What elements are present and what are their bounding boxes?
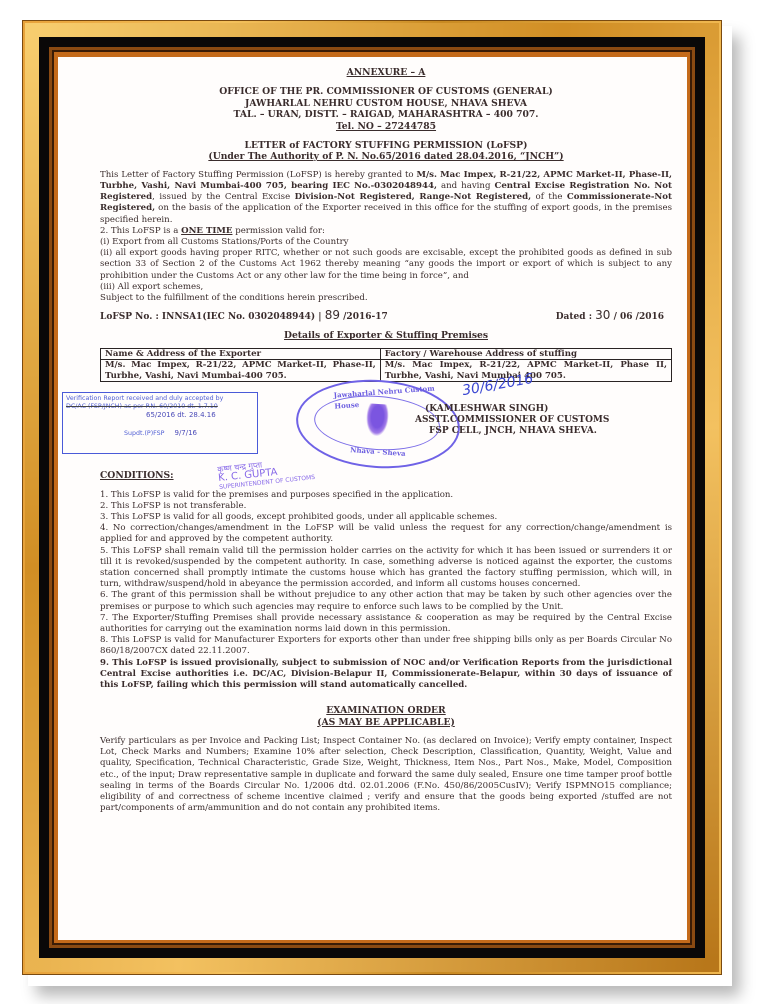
dated-label: Dated : [556,312,595,322]
letter-subtitle: (Under The Authority of P. N. No.65/2016… [100,151,672,162]
exporter-address: M/s. Mac Impex, R-21/22, APMC Market-II,… [101,360,381,382]
condition-9: 9. This LoFSP is issued provisionally, s… [100,658,672,692]
office-line-2: JAWHARLAL NEHRU CUSTOM HOUSE, NHAVA SHEV… [100,98,672,109]
verification-stamp: Verification Report received and duly ac… [62,392,258,454]
signatory-office: FSP CELL, JNCH, NHAVA SHEVA. [429,426,609,437]
national-emblem-icon [365,404,389,437]
stamps-and-signature: Verification Report received and duly ac… [100,382,672,470]
telephone-number: Tel. NO – 27244785 [100,121,672,132]
one-time-label: ONE TIME [181,226,232,236]
condition-1: 1. This LoFSP is valid for the premises … [100,490,672,501]
condition-3: 3. This LoFSP is valid for all goods, ex… [100,512,672,523]
condition-4: 4. No correction/changes/amendment in th… [100,523,672,545]
header-exporter: Name & Address of the Exporter [101,348,381,360]
validity-item-2: (ii) all export goods having proper RITC… [100,248,672,282]
condition-2: 2. This LoFSP is not transferable. [100,501,672,512]
intro-paragraph: This Letter of Factory Stuffing Permissi… [100,170,672,226]
office-line-3: TAL. – URAN, DISTT. – RAIGAD, MAHARASHTR… [100,109,672,120]
intro-text-4: of the [531,192,567,202]
dated-handwritten-day: 30 [595,308,610,322]
signatory-name: (KAMLESHWAR SINGH) [425,404,609,415]
exam-heading: EXAMINATION ORDER [100,705,672,716]
lofsp-number: LoFSP No. : INNSA1(IEC No. 0302048944) |… [100,310,388,323]
lofsp-suffix: /2016-17 [343,312,388,322]
validity-subject: Subject to the fulfillment of the condit… [100,293,672,304]
verification-handwritten: 65/2016 dt. 28.4.16 [146,411,254,419]
verification-line-1: Verification Report received and duly ac… [66,395,254,403]
dated-rest: / 06 /2016 [614,312,664,322]
reference-line: LoFSP No. : INNSA1(IEC No. 0302048944) |… [100,310,672,323]
dated: Dated : 30 / 06 /2016 [556,310,664,323]
table-header-row: Name & Address of the Exporter Factory /… [101,348,672,360]
header-factory: Factory / Warehouse Address of stuffing [380,348,671,360]
lofsp-handwritten-number: 89 [325,308,340,322]
verification-sign-date: 9/7/16 [174,429,197,437]
conditions-heading: CONDITIONS: [100,470,672,481]
document-body: ANNEXURE – A OFFICE OF THE PR. COMMISSIO… [100,65,672,814]
para-2-pre: 2. This LoFSP is a [100,226,181,236]
para-2-post: permission valid for: [232,226,324,236]
lofsp-label: LoFSP No. : INNSA1(IEC No. 0302048944) | [100,312,322,322]
verification-sign-label: Supdt.(P)FSP [124,430,164,437]
intro-text-3: , issued by the Central Excise [152,192,294,202]
conditions-list: 1. This LoFSP is valid for the premises … [100,490,672,692]
intro-text-2: and having [437,181,495,191]
exam-subheading: (AS MAY BE APPLICABLE) [100,717,672,728]
annexure-heading: ANNEXURE – A [100,67,672,78]
office-line-1: OFFICE OF THE PR. COMMISSIONER OF CUSTOM… [100,86,672,97]
signatory-title: ASSTT.COMMISSIONER OF CUSTOMS [415,415,609,426]
validity-item-1: (i) Export from all Customs Stations/Por… [100,237,672,248]
premises-table: Name & Address of the Exporter Factory /… [100,348,672,383]
seal-bottom-text: Nhava - Sheva [350,445,406,460]
validity-item-3: (iii) All export schemes, [100,282,672,293]
letter-title: LETTER of FACTORY STUFFING PERMISSION (L… [100,140,672,151]
condition-8: 8. This LoFSP is valid for Manufacturer … [100,635,672,657]
condition-6: 6. The grant of this permission shall be… [100,590,672,612]
condition-5: 5. This LoFSP shall remain valid till th… [100,546,672,591]
para-2: 2. This LoFSP is a ONE TIME permission v… [100,226,672,237]
signatory-block: (KAMLESHWAR SINGH) ASSTT.COMMISSIONER OF… [425,404,609,437]
exam-text: Verify particulars as per Invoice and Pa… [100,736,672,814]
verification-line-2: DC/AC (FSP/JNCH) as per P.N. 60/2010 dt.… [66,403,254,411]
premises-heading: Details of Exporter & Stuffing Premises [100,330,672,341]
intro-text-5: on the basis of the application of the E… [100,203,672,224]
document-page: ANNEXURE – A OFFICE OF THE PR. COMMISSIO… [58,57,687,940]
table-row: M/s. Mac Impex, R-21/22, APMC Market-II,… [101,360,672,382]
intro-text-1: This Letter of Factory Stuffing Permissi… [100,170,417,180]
condition-7: 7. The Exporter/Stuffing Premises shall … [100,613,672,635]
division-range: Division-Not Registered, Range-Not Regis… [295,192,531,202]
